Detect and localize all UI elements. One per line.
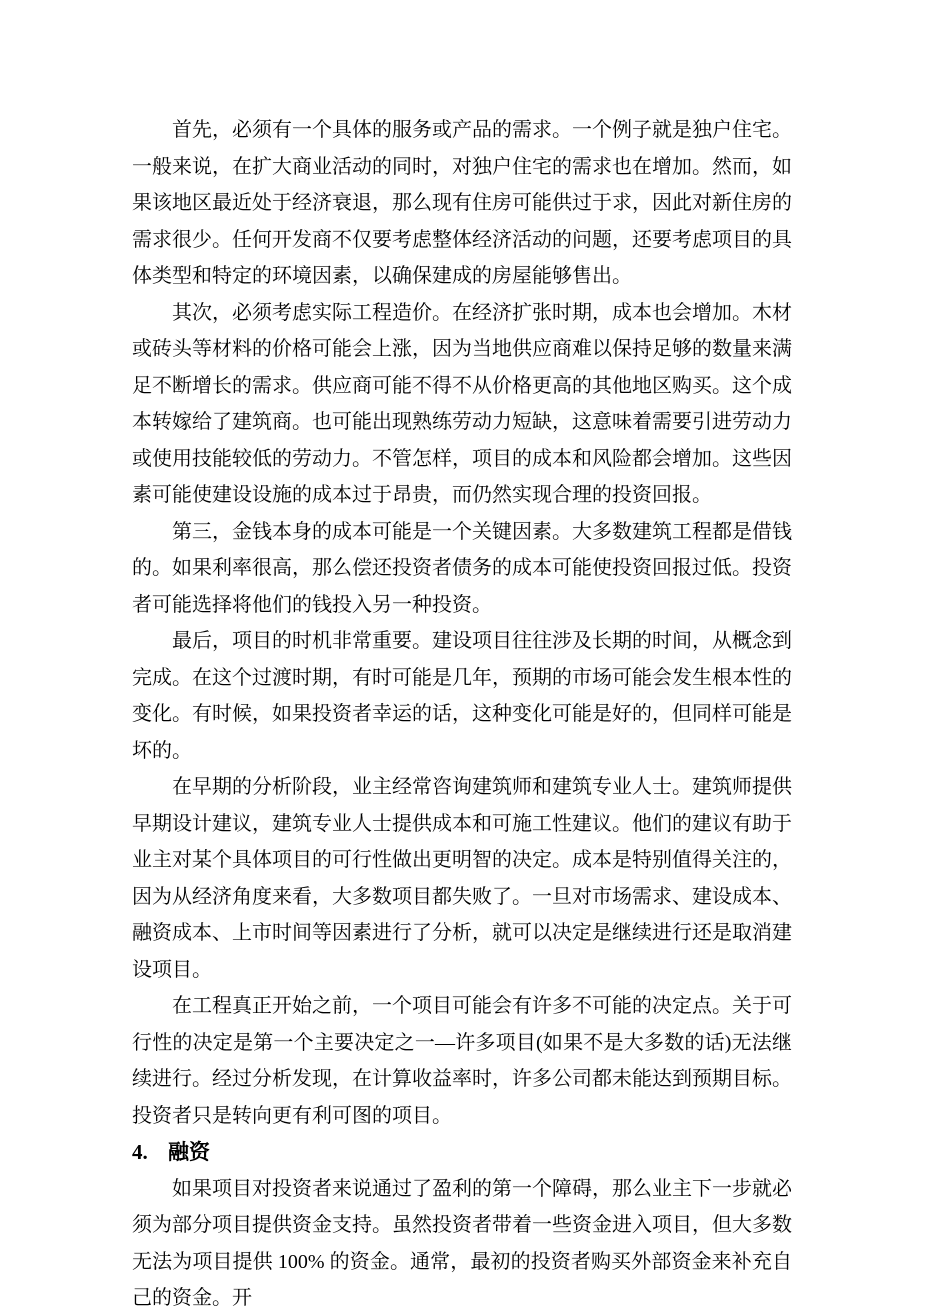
paragraph-decision-points: 在工程真正开始之前，一个项目可能会有许多不可能的决定点。关于可行性的决定是第一个… <box>132 988 792 1134</box>
document-page: 首先，必须有一个具体的服务或产品的需求。一个例子就是独户住宅。一般来说，在扩大商… <box>0 0 926 1309</box>
paragraph-construction-cost: 其次，必须考虑实际工程造价。在经济扩张时期，成本也会增加。木材或砖头等材料的价格… <box>132 295 792 514</box>
paragraph-cost-of-money: 第三，金钱本身的成本可能是一个关键因素。大多数建筑工程都是借钱的。如果利率很高，… <box>132 514 792 624</box>
paragraph-demand: 首先，必须有一个具体的服务或产品的需求。一个例子就是独户住宅。一般来说，在扩大商… <box>132 112 792 295</box>
section-title: 融资 <box>168 1140 210 1164</box>
paragraph-financing-intro: 如果项目对投资者来说通过了盈利的第一个障碍，那么业主下一步就必须为部分项目提供资… <box>132 1171 792 1309</box>
document-content: 首先，必须有一个具体的服务或产品的需求。一个例子就是独户住宅。一般来说，在扩大商… <box>132 112 792 1309</box>
section-heading-financing: 4.融资 <box>132 1134 792 1171</box>
paragraph-early-analysis: 在早期的分析阶段，业主经常咨询建筑师和建筑专业人士。建筑师提供早期设计建议，建筑… <box>132 769 792 988</box>
section-number: 4. <box>132 1134 168 1171</box>
paragraph-timing: 最后，项目的时机非常重要。建设项目往往涉及长期的时间，从概念到完成。在这个过渡时… <box>132 623 792 769</box>
